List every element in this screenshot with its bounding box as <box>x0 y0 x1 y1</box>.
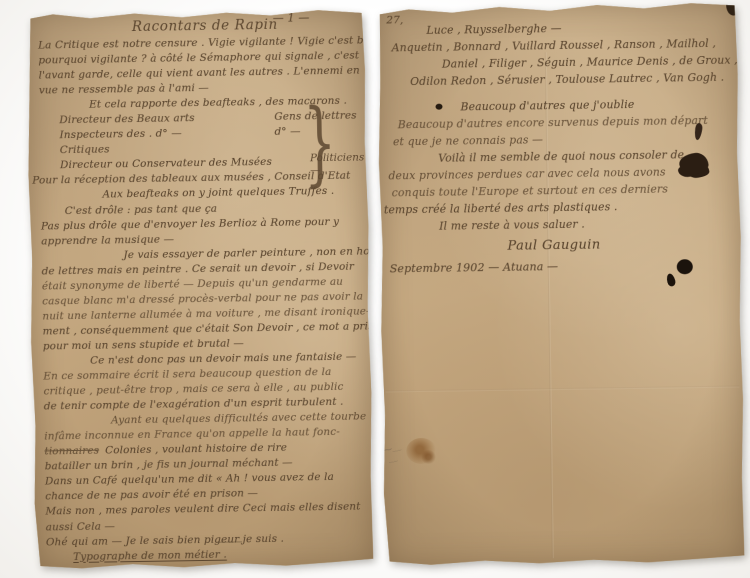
ink-blot-small <box>435 104 442 110</box>
brown-stain-small <box>420 450 436 464</box>
manuscript-line-underlined: Typographe de mon métier . <box>73 545 370 565</box>
manuscript-line: Il me reste à vous saluer . <box>439 214 739 235</box>
ink-blot-teardrop <box>665 273 676 288</box>
manuscript-page-2: 27, Luce , Ruysselberghe — Anquetin , Bo… <box>376 2 746 567</box>
ink-blot-top-edge <box>726 3 742 15</box>
line-right: d° — <box>274 125 300 140</box>
line-left: Directeur des Beaux arts <box>59 112 195 126</box>
paper-sheet-1: Racontars de Rapin — 1 — La Critique est… <box>26 8 375 570</box>
page-title: Racontars de Rapin <box>132 17 278 35</box>
photo-background: { "photo": { "background_color": "#fcfcf… <box>0 0 750 578</box>
paper-sheet-2: 27, Luce , Ruysselberghe — Anquetin , Bo… <box>376 2 746 567</box>
manuscript-page-1: Racontars de Rapin — 1 — La Critique est… <box>26 8 375 570</box>
manuscript-line: Odilon Redon , Sérusier , Toulouse Lautr… <box>410 69 737 91</box>
line-left: Inspecteurs des . d° — <box>59 128 181 142</box>
signature: Paul Gauguin <box>507 235 739 255</box>
fold-crease-horizontal <box>385 386 739 393</box>
manuscript-text-block: Luce , Ruysselberghe — Anquetin , Bonnar… <box>386 18 740 278</box>
pencil-mark: ⁓﹏ ﹏ <box>382 443 404 466</box>
politiciens-annotation: Politiciens — <box>310 151 368 176</box>
line-continuation: Colonies , voulant histoire de rire <box>105 442 287 457</box>
page-number: — 1 — <box>273 10 310 26</box>
struck-word: tionnaires <box>44 445 99 458</box>
